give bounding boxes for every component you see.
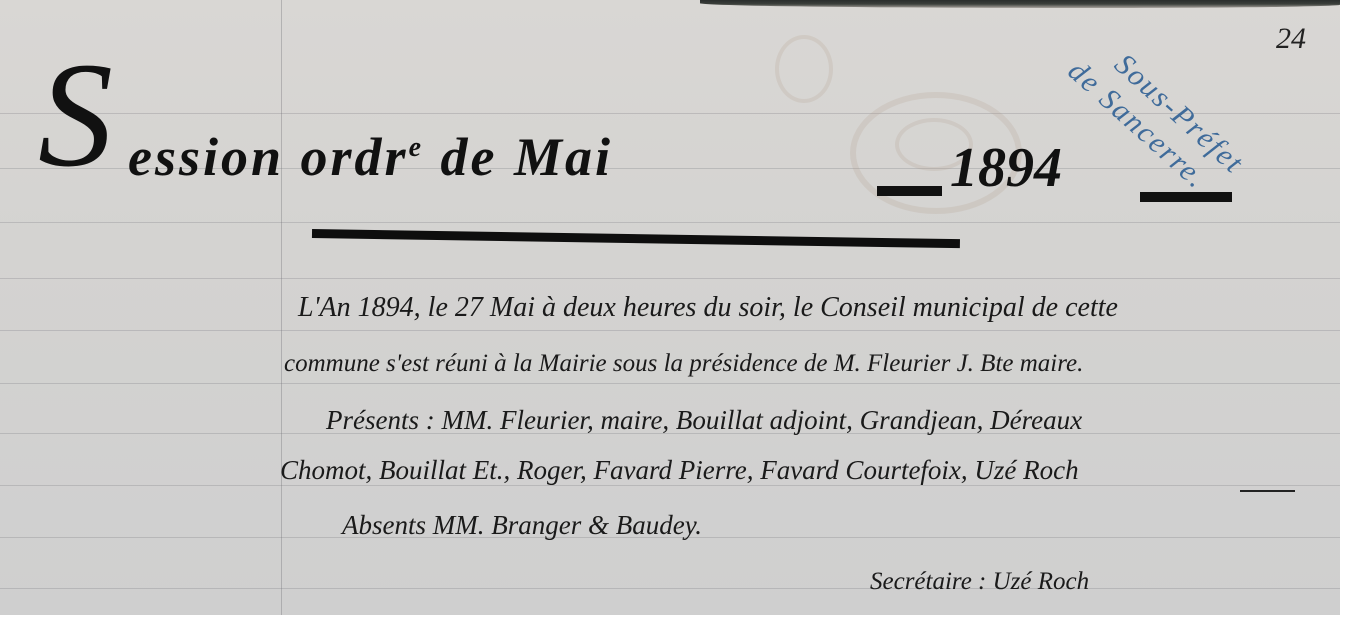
register-page: S ession ordre de Mai 1894 Sous-Préfet d… [0, 0, 1340, 615]
title-dash [877, 186, 942, 196]
ruled-line [0, 278, 1340, 279]
present-members-line: Présents : MM. Fleurier, maire, Bouillat… [326, 405, 1082, 436]
ruled-line [0, 588, 1340, 589]
present-members-continued: Chomot, Bouillat Et., Roger, Favard Pier… [280, 455, 1079, 486]
secretary-line: Secrétaire : Uzé Roch [870, 568, 1089, 596]
book-binding-shadow [700, 0, 1340, 8]
body-line-1: L'An 1894, le 27 Mai à deux heures du so… [298, 292, 1118, 324]
title-session: ession ordr [128, 127, 409, 187]
ruled-line [0, 383, 1340, 384]
body-line-2: commune s'est réuni à la Mairie sous la … [284, 350, 1083, 378]
absent-members-line: Absents MM. Branger & Baudey. [342, 510, 702, 541]
title-month: de Mai [424, 127, 613, 187]
ruled-line [0, 330, 1340, 331]
coffee-stain [775, 35, 833, 103]
line-filler [1240, 490, 1295, 492]
page-number: 24 [1276, 22, 1306, 56]
title-initial: S [38, 30, 113, 200]
title-text: ession ordre de Mai [128, 126, 613, 188]
title-superscript: e [409, 132, 424, 163]
margin-line [281, 0, 282, 615]
title-underline [312, 229, 960, 248]
sous-prefet-stamp: Sous-Préfet de Sancerre. [1010, 40, 1274, 299]
